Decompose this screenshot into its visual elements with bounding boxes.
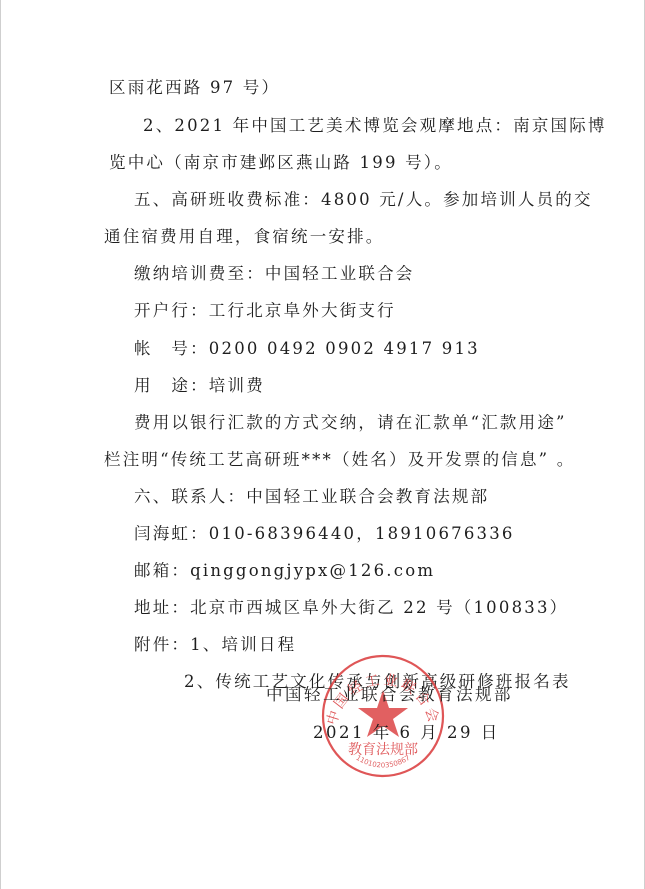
official-seal-icon: 中国轻工业联合会 教育法规部 1101020350867 — [319, 652, 447, 780]
text-line: 六、联系人：中国轻工业联合会教育法规部 — [134, 486, 489, 508]
text-line: 区雨花西路 97 号） — [109, 77, 280, 99]
contact-phone: 闫海虹：010-68396440，18910676336 — [134, 523, 515, 545]
text-line: 览中心（南京市建邺区燕山路 199 号）。 — [109, 152, 453, 174]
text-line: 2、2021 年中国工艺美术博览会观摩地点：南京国际博 — [143, 115, 607, 137]
text-line: 用 途：培训费 — [134, 375, 265, 397]
text-line: 通住宿费用自理，食宿统一安排。 — [104, 226, 385, 248]
contact-address: 地址：北京市西城区阜外大街乙 22 号（100833） — [134, 597, 568, 619]
document-page: 区雨花西路 97 号） 2、2021 年中国工艺美术博览会观摩地点：南京国际博 … — [0, 0, 645, 889]
account-number: 帐 号：0200 0492 0902 4917 913 — [134, 338, 480, 360]
attachment-line: 附件：1、培训日程 — [134, 634, 296, 656]
text-line: 五、高研班收费标准：4800 元/人。参加培训人员的交 — [134, 189, 593, 211]
text-line: 费用以银行汇款的方式交纳，请在汇款单“汇款用途” — [134, 412, 567, 434]
signature-date: 2021 年 6 月 29 日 — [313, 722, 500, 744]
signature-organization: 中国轻工业联合会教育法规部 — [266, 684, 513, 706]
text-line: 缴纳培训费至：中国轻工业联合会 — [134, 263, 415, 285]
text-line: 栏注明“传统工艺高研班***（姓名）及开发票的信息” 。 — [104, 449, 575, 471]
text-line: 开户行：工行北京阜外大街支行 — [134, 300, 396, 322]
contact-email: 邮箱：qinggongjypx@126.com — [134, 560, 435, 582]
